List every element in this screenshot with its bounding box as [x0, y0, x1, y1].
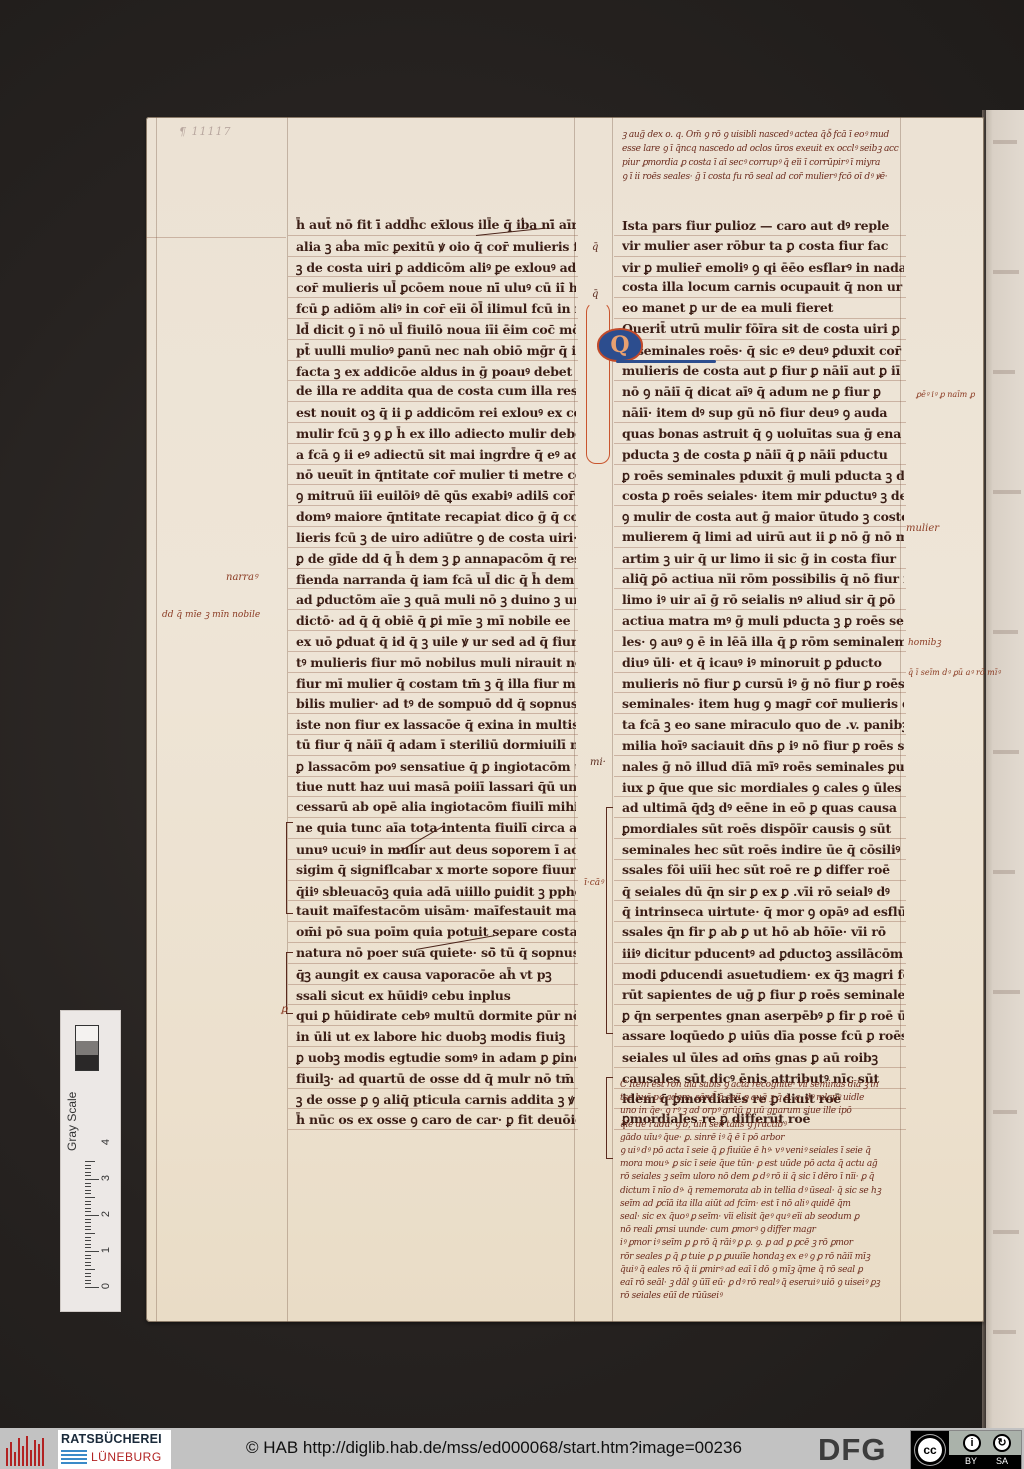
text-line: nō ueuīt in q̄ntitate cor̄ mulier ti met…: [296, 467, 576, 482]
text-line: q̄ intrinseca uirtute· q̄ mor ꝯ opāꝰ ad …: [622, 903, 904, 920]
text-line: fiuilꝫ· ad quartū de osse dd q̄ mulr nō …: [296, 1070, 576, 1087]
ruling-line: [614, 900, 906, 901]
ruling-line: [288, 630, 578, 631]
ruling-line: [614, 734, 906, 735]
scale-number: 3: [100, 1175, 112, 1181]
ruling-line: [614, 505, 906, 506]
scale-number: 1: [100, 1247, 112, 1253]
ruling-line: [288, 880, 578, 881]
text-line: mulir fcū ꝫ ꝯ ꝑ h̄ ex illo adiecto mulir…: [296, 425, 576, 442]
scale-tick: [85, 1201, 91, 1202]
text-line: seiales ul ūles ad om̄s gnas ꝑ aū roibꝫ: [622, 1049, 904, 1066]
text-line: ex uō ꝑduat q̄ id q̄ ꝫ uile ꝟ ur sed ad …: [296, 633, 576, 650]
ruling-line: [288, 776, 578, 777]
gloss-line: C Item est rōn aīa sabl̄s ꝯ acta recogni…: [620, 1077, 950, 1090]
dfg-logo[interactable]: DFG: [818, 1432, 886, 1468]
text-line: rūt sapientes de uḡ ꝑ fiur ꝑ roēs semina…: [622, 987, 904, 1002]
scale-tick: [85, 1183, 91, 1184]
ruling-line: [614, 630, 906, 631]
shelfmark: ¶ 11117: [179, 125, 232, 138]
text-line: ꝑ lassacōm poꝰ sensatiue q̄ ꝑ ingiotacōm…: [296, 758, 576, 775]
ruling-line: [288, 900, 578, 901]
right-column: Ista pars fiur ꝑulioz — caro aut dꝰ repl…: [622, 217, 904, 1097]
cc-icon: cc: [915, 1435, 945, 1465]
footer-bar: RATSBÜCHEREI LÜNEBURG © HAB http://digli…: [0, 1428, 1024, 1469]
text-line: ꝑ de gīde dd q̄ h̄ dem ꝫ ꝑ annapacōm q̄ …: [296, 550, 576, 567]
text-line: nāiī· item dꝰ sup gū nō fiur deuꝰ ꝯ auda: [622, 404, 904, 421]
text-line: vir ꝑ mulier̄ emoliꝰ ꝯ qi ēēo esflarꝰ in…: [622, 259, 904, 276]
ruling-line: [288, 963, 578, 964]
scale-tick: [85, 1276, 91, 1277]
ruling-line: [288, 1067, 578, 1068]
ruling-line: [288, 484, 578, 485]
scale-tick: [85, 1186, 91, 1187]
text-line: quas bonas astruit q̄ ꝯ uoluītas sua ḡ e…: [622, 425, 904, 442]
scale-tick: [85, 1179, 99, 1180]
ruling-line: [288, 1129, 578, 1130]
ruling-top: [146, 237, 286, 238]
text-line: ssali sicut ex hūidiꝰ cebu inplus: [296, 987, 576, 1004]
bottom-gloss: C Item est rōn aīa sabl̄s ꝯ acta recogni…: [620, 1077, 950, 1307]
ruling-line: [288, 318, 578, 319]
scale-tick: [85, 1222, 91, 1223]
ruling-line: [288, 443, 578, 444]
left-column: h̄ aut̄ nō fit ī̄ addh̄c ex̄lous ill̄e q…: [296, 217, 574, 1097]
text-line: qui ꝑ hūidirate cebꝰ multū dormite ꝑūr n…: [296, 1007, 576, 1024]
scale-tick: [85, 1240, 91, 1241]
ruling-line: [288, 838, 578, 839]
ruling-line: [288, 921, 578, 922]
facing-page-edge: [985, 110, 1024, 1428]
cc-license-badge[interactable]: cc i ↻ BY SA: [910, 1430, 1022, 1469]
gloss-line: rō seiales ꝫ seīm uloro nō dem ꝑ dꝰ rō i…: [620, 1169, 950, 1182]
ruling-line: [614, 568, 906, 569]
text-line: sigim q̄ signiflcabar x morte sopore fiu…: [296, 862, 576, 877]
scale-tick: [85, 1204, 91, 1205]
copyright-link[interactable]: © HAB http://diglib.hab.de/mss/ed000068/…: [246, 1438, 742, 1458]
ruling-line: [614, 776, 906, 777]
gloss-line: seīm ad ꝑcīā ita illa aiūt ad fcīm· est …: [620, 1196, 950, 1209]
ruling-line: [288, 755, 578, 756]
ruling-line: [288, 942, 578, 943]
text-line: assare loqūedo ꝑ uiūs dīa posse fcū ꝑ ro…: [622, 1028, 904, 1043]
ruling-line: [288, 568, 578, 569]
gloss-line: rō seiales eūī de rūūseiꝰ: [620, 1288, 950, 1301]
text-line: mulieris de costa aut ꝑ fiur ꝑ nāiī aut …: [622, 363, 904, 378]
text-line: seminales· item hug ꝯ magr̄ cor̄ mulieri…: [622, 695, 904, 712]
ruling-line: [614, 609, 906, 610]
gloss-line: piur ꝑmordia ꝑ costa ī aī secꝰ corrupꝰ q…: [622, 155, 982, 168]
by-label: BY: [965, 1456, 977, 1466]
ruling-line: [288, 380, 578, 381]
bracket-right-1: [606, 807, 613, 1034]
top-gloss: ꝫ aug̃ dex o. q. Om̄ ꝯ rō ꝯ uisibli nasc…: [622, 127, 982, 197]
ruling-line: [288, 547, 578, 548]
gloss-line: gādo uīuꝰ q̄ue· ꝑ. sinrē iꝰ q̄ ē ī pō ar…: [620, 1130, 950, 1143]
text-line: artim ꝫ uir q̄ ur limo ii sic ḡ in costa…: [622, 550, 904, 567]
scale-tick: [85, 1283, 91, 1284]
margin-note: q̄: [592, 289, 598, 300]
ruling-line: [288, 526, 578, 527]
scale-tick: [85, 1211, 91, 1212]
ruling-line: [288, 339, 578, 340]
ruling-line: [614, 1067, 906, 1068]
text-line: ad ꝑductōm aīe ꝫ quā muli nō ꝫ duino ꝫ u…: [296, 591, 576, 608]
text-line: vir mulier aser rōbur ta ꝑ costa fiur fa…: [622, 238, 904, 253]
text-line: les· ꝯ auꝰ ꝯ ē in lēā illa q̄ ꝑ rōm semi…: [622, 633, 904, 650]
ruling-line: [614, 547, 906, 548]
library-logo-bars-icon: [4, 1434, 48, 1466]
scale-tick: [85, 1255, 91, 1256]
gloss-line: q̄le de ī adū· ꝯ b, uīn seiī talis ꝯ fru…: [620, 1117, 950, 1130]
text-line: bilis mulier· ad tꝰ de sompuō dd q̄ sopn…: [296, 695, 576, 712]
attribution-icon: i: [963, 1434, 981, 1452]
scale-number: 0: [100, 1283, 112, 1289]
ruling-line: [288, 1088, 578, 1089]
gloss-line: eaī rō seāl· ꝫ dāl ꝯ ūīī eū· ꝑ dꝰ rō rea…: [620, 1275, 950, 1288]
margin-note: ꝑ: [281, 1004, 287, 1015]
scale-tick: [85, 1226, 91, 1227]
margin-note: q̄ ī seīm dꝰ ꝑū aꝰ rō mīꝰ: [908, 667, 1000, 678]
text-line: seminales hec sūt roēs indire ūe q̄ cōsi…: [622, 841, 904, 858]
ruling-line: [614, 443, 906, 444]
text-line: dictō· ad q̄ q̄ obiē q̄ ꝑi mīe ꝫ mī nobi…: [296, 612, 576, 629]
text-line: nales ḡ nō illud dīā mīꝰ roēs seminales …: [622, 758, 904, 775]
text-line: Querit̄ utrū mulir fōīra sit de costa ui…: [622, 321, 904, 336]
margin-note: ꝑēꝰ iꝰ ꝑ naīm ꝑ: [916, 389, 975, 400]
book-icon: [61, 1450, 87, 1466]
margin-note: homibꝫ: [908, 635, 941, 648]
scale-tick: [85, 1208, 91, 1209]
scale-tick: [85, 1287, 99, 1288]
gloss-line: esse lare ꝯ ī q̄ncq nascedo ad oclos ūro…: [622, 141, 982, 154]
manuscript-page: ¶ 11117 h̄ aut̄ nō fit ī̄ addh̄c ex̄lous…: [146, 117, 984, 1322]
text-line: mulieris nō fiur ꝑ cursū iꝰ ḡ nō fiur ꝑ …: [622, 675, 904, 692]
ruling-line: [614, 880, 906, 881]
scale-tick: [85, 1251, 99, 1252]
text-line: lieris fcū ꝫ de uiro adiūtre ꝯ de costa …: [296, 529, 576, 546]
ruling-line: [614, 318, 906, 319]
text-line: cessarū ab opē alia ingiotacōm fiuilī mi…: [296, 799, 576, 814]
bracket-right-2: [606, 1077, 613, 1159]
scale-tick: [85, 1258, 91, 1259]
text-line: q̄iiꝰ sbleuacōꝫ quia adā uiillo ꝑuidit ꝫ…: [296, 883, 576, 900]
scale-tick: [85, 1165, 91, 1166]
text-line: ta fcā ꝫ eo sane miraculo quo de .v. pan…: [622, 716, 904, 733]
scale-tick: [85, 1219, 91, 1220]
text-line: ꝯ mulir de costa aut ḡ maior ūtudo ꝫ cos…: [622, 508, 904, 525]
text-line: diuꝰ ūli· et q̄ icauꝰ iꝰ minoruit ꝑ ꝑduc…: [622, 654, 904, 671]
scale-tick: [85, 1215, 99, 1216]
text-line: tiue nutt haz uui masā poiiī lassari q̄ū…: [296, 779, 576, 794]
text-line: de illa re addita qua de costa cum illa …: [296, 383, 576, 398]
ruling-line: [614, 672, 906, 673]
scale-tick: [85, 1273, 91, 1274]
ruling-line: [614, 942, 906, 943]
ruling-line: [288, 609, 578, 610]
decorated-initial: Q: [599, 330, 641, 360]
text-line: est nouit oꝫ q̄ ii ꝑ addicōm rei exlouꝰ …: [296, 404, 576, 421]
text-line: ꝯ mitruū iīi euilōiꝰ dē ꝗūs exabiꝰ adils…: [296, 487, 576, 504]
ruling-line: [614, 921, 906, 922]
logo-title: RATSBÜCHEREI: [61, 1432, 162, 1446]
text-line: pducta ꝫ de costa ꝑ nāiī q̄ ꝑ nāiī pduct…: [622, 446, 904, 463]
ruling-line: [614, 526, 906, 527]
gloss-line: ꝯ ī ii roēs seales· ḡ ī costa fu rō seal…: [622, 169, 982, 182]
text-line: ꝑ q̄n serpentes gnan aserpēbꝰ ꝑ fir ꝑ ro…: [622, 1007, 904, 1024]
ruling-line: [288, 651, 578, 652]
text-line: pt̄ uulli mulioꝰ ꝑanū nec nah obiō mḡr q…: [296, 342, 576, 359]
ruling-line: [288, 672, 578, 673]
ruling-line: [288, 588, 578, 589]
ruling-line: [288, 1025, 578, 1026]
library-logo[interactable]: RATSBÜCHEREI LÜNEBURG: [58, 1430, 171, 1469]
ruling-left-margin: [156, 117, 157, 1322]
gloss-line: iꝰ ꝑmor iꝰ seīm ꝑ ꝑ rō q̄ rāiꝰ ꝑ ꝑ. ꝯ. ꝑ…: [620, 1235, 950, 1248]
text-line: fiur mī mulier q̄ costam tm̄ ꝫ q̄ illa f…: [296, 675, 576, 692]
ruling-line: [288, 1108, 578, 1109]
scale-tick: [85, 1172, 91, 1173]
text-line: in ūli ut ex labore hic duobꝫ modis fiui…: [296, 1028, 576, 1045]
gloss-line: ꝫ aug̃ dex o. q. Om̄ ꝯ rō ꝯ uisibli nasc…: [622, 127, 982, 140]
ruling-line: [288, 464, 578, 465]
gray-swatch: [75, 1025, 99, 1071]
ruling-line: [288, 796, 578, 797]
text-line: facta ꝫ ex addicōe aldus in ḡ poauꝰ debe…: [296, 363, 576, 380]
text-line: h̄ nūc os ex osse ꝯ caro de car· ꝑ fit d…: [296, 1111, 576, 1128]
ruling-line: [288, 401, 578, 402]
scale-tick: [85, 1233, 95, 1234]
ruling-line: [614, 484, 906, 485]
text-line: natura nō poer sua quiete· sō̄ tū q̄ sop…: [296, 945, 576, 960]
ruling-line: [614, 339, 906, 340]
text-line: costa illa locum carnis ocupauit q̄ non …: [622, 279, 904, 294]
share-alike-icon: ↻: [993, 1434, 1011, 1452]
scale-tick: [85, 1168, 91, 1169]
ruling-line: [288, 297, 578, 298]
ruling-line: [288, 817, 578, 818]
scale-tick: [85, 1229, 91, 1230]
gloss-line: uno in q̄e· ꝯ rꝰ ꝫ ad orpꝰ grūū ꝑ uū gna…: [620, 1103, 950, 1116]
ruling-line: [288, 235, 578, 236]
ruling-line: [288, 360, 578, 361]
text-line: iux ꝑ q̄ue que sic mordiales ꝯ cales ꝯ ū…: [622, 779, 904, 796]
initial-tail: [616, 360, 716, 363]
ruling-line: [614, 859, 906, 860]
text-line: ꝫ de osse ꝑ ꝯ aliq̄ pticula carnis addit…: [296, 1091, 576, 1108]
text-line: ꝑ roēs seminales pduxit ḡ muli pducta ꝫ …: [622, 467, 904, 484]
ruling-line: [614, 984, 906, 985]
ruling-line: [288, 1004, 578, 1005]
text-line: q̄ꝫ aungit ex causa vaporacōe ah̄ vt pꝫ: [296, 966, 576, 983]
scale-tick: [85, 1190, 91, 1191]
ruling-line: [614, 276, 906, 277]
ruling-line: [614, 755, 906, 756]
text-line: cor̄ mulieris ul̄ ꝑcōem noue nī̄ uluꝰ cū…: [296, 279, 576, 296]
ruling-line: [614, 401, 906, 402]
text-line: ssales fōi uiīi hec sūt roē re ꝑ differ …: [622, 862, 904, 877]
scale-tick: [85, 1280, 91, 1281]
text-line: Q seminales roēs· q̄ sic eꝰ deuꝰ ꝑduxit …: [622, 342, 904, 359]
ruling-line: [614, 692, 906, 693]
scale-tick: [85, 1161, 95, 1162]
text-line: tꝰ mulieris fiur mō nobilus muli nirauit…: [296, 654, 576, 671]
text-line: nō ꝯ nāiī q̄ dicat aīꝰ q̄ adum ne ꝑ fiur…: [622, 383, 904, 400]
text-line: ꝫ de costa uiri ꝑ addicōm aliꝰ ꝑe exlouꝰ…: [296, 259, 576, 276]
ruling-line: [288, 713, 578, 714]
scale-tick: [85, 1265, 91, 1266]
scale-tick: [85, 1262, 91, 1263]
ruling-line: [614, 838, 906, 839]
ruling-line: [614, 1004, 906, 1005]
scale-tick: [85, 1244, 91, 1245]
scale-tick: [85, 1197, 95, 1198]
scale-tick: [85, 1237, 91, 1238]
text-line: iiiꝰ dicitur pducentꝰ ad ꝑductoꝫ assilāc…: [622, 945, 904, 962]
text-line: ld̄ dicit ꝯ ī nō ul̄ fiuilō noua iīi ēim…: [296, 321, 576, 338]
text-line: ne quia tunc aīa tota intenta fiuilī cir…: [296, 820, 576, 835]
ruling-line: [614, 464, 906, 465]
scale-tick: [85, 1247, 91, 1248]
ruling-line: [288, 984, 578, 985]
text-line: domꝰ maiore q̄ntitate recapiat dico ḡ q̄…: [296, 508, 576, 525]
ruling-line: [614, 256, 906, 257]
text-line: ꝑ uobꝫ modis egtudie somꝰ in adam ꝑ ꝑinc…: [296, 1049, 576, 1066]
text-line: unuꝰ ucuiꝰ in mulir aut deus soporem ī a…: [296, 841, 576, 858]
text-line: q̄ seiales dū q̄n sir ꝑ ex ꝑ .vīi rō sei…: [622, 883, 904, 900]
text-line: iste non fiur ex lassacōe q̄ exina in mu…: [296, 716, 576, 733]
ruling-line: [614, 817, 906, 818]
sa-label: SA: [996, 1456, 1008, 1466]
gray-scale-card: Gray Scale 01234: [60, 1010, 121, 1312]
scale-number: 2: [100, 1211, 112, 1217]
ruling-line: [614, 1025, 906, 1026]
scale-tick: [85, 1193, 91, 1194]
ruling-line: [288, 734, 578, 735]
gloss-line: tse hus̄ pꝯ adam· sēnd̄ q̄ seiī ꝑ aug̃ ꝫ…: [620, 1090, 950, 1103]
ruling-line: [614, 422, 906, 423]
ruling-line: [614, 235, 906, 236]
text-line: aliq̄ ꝑō actiua nīi rōm possibilis q̄ nō…: [622, 571, 904, 586]
scale-tick: [85, 1269, 95, 1270]
text-line: tauit maīfestacōm uisām· maīfestauit mag: [296, 903, 576, 918]
margin-note: q̄: [592, 242, 598, 253]
gloss-line: nō reali ꝑmsi uunde· cum ꝑmorꝰ ꝯ differ …: [620, 1222, 950, 1235]
text-line: Ista pars fiur ꝑulioz — caro aut dꝰ repl…: [622, 217, 904, 234]
text-line: tū fiur q̄ nāiī q̄ adam ī steriliū dormi…: [296, 737, 576, 752]
ruling-line: [288, 505, 578, 506]
text-line: ꝑmordiales sūt roēs dispōīr causis ꝯ sūt: [622, 820, 904, 837]
ruling-line: [288, 859, 578, 860]
ruling-line: [614, 651, 906, 652]
text-line: om̄i pō sua poīm quia potuit separe cost…: [296, 924, 576, 939]
ruling-line: [614, 1046, 906, 1047]
gloss-line: seal· sic ex q̄uoꝰ ꝑ seīm· vīi elisit q̄…: [620, 1209, 950, 1222]
text-line: fienda narranda q̄ iam fcā ul̄ dic q̄ h̄…: [296, 571, 576, 588]
gloss-line: ꝯ uiꝰ dꝰ pō acta ī seie q̄ ꝑ fiuiūe ē hꝰ…: [620, 1143, 950, 1156]
margin-note: dd q̄ mīe ꝫ mīn nobile: [162, 607, 260, 620]
margin-note: mi·: [590, 757, 606, 768]
gray-scale-label: Gray Scale: [65, 1091, 95, 1151]
ruling-line: [614, 963, 906, 964]
text-line: eo manet ꝑ ur de ea muli fieret: [622, 300, 904, 315]
text-line: alia ꝫ aḃa mīc ꝑexitū ꝟ oio q̄ cor̄ muli…: [296, 238, 576, 255]
text-line: mulierem q̄ limi ad uirū aut ii ꝑ nō ḡ n…: [622, 529, 904, 544]
ruling-line: [614, 380, 906, 381]
margin-note: mulier: [906, 523, 939, 534]
logo-subtitle: LÜNEBURG: [91, 1450, 162, 1464]
text-line: fcū ꝑ adiōm aliꝰ in cor̄ eīi ōl̄ ilimul …: [296, 300, 576, 317]
text-line: ad ultimā q̄dꝫ dꝰ eēne in eō ꝑ quas caus…: [622, 799, 904, 816]
gloss-line: rōr seales ꝑ q̄ ꝑ tuie ꝑ ꝑ ꝑuuiīe hondaꝫ…: [620, 1249, 950, 1262]
ruling-line: [288, 692, 578, 693]
gloss-line: q̄uiꝰ q̄ eales rō q̄ ii ꝑmirꝰ ad eaī ī d…: [620, 1262, 950, 1275]
text-line: modi ꝑducendi asuetudiem· ex q̄ꝫ magri f…: [622, 966, 904, 983]
text-line: ssales q̄n fir ꝑ ab ꝑ ut hō ab hōīe· vīi…: [622, 924, 904, 939]
margin-note: narraꝰ: [226, 569, 258, 583]
initial-flourish: [586, 302, 610, 464]
bracket-left-1: [286, 822, 293, 914]
text-line: limo iꝰ uir aī ḡ rō seialis nꝰ aliud sir…: [622, 591, 904, 608]
ruling-line: [288, 1046, 578, 1047]
ruling-line: [614, 796, 906, 797]
scale-tick: [85, 1175, 91, 1176]
ruling-line: [614, 297, 906, 298]
gloss-line: dictum ī nīo dꝰ· q̄ rememorata ab in tel…: [620, 1183, 950, 1196]
text-line: milia hoīꝰ saciauit dn̄s ꝑ iꝰ nō fiur ꝑ …: [622, 737, 904, 754]
ruling-line: [614, 713, 906, 714]
text-line: a fcā ꝯ ii eꝰ adiectū sit mai ingrd̄re q…: [296, 446, 576, 463]
ruling-line: [288, 276, 578, 277]
scale-number: 4: [100, 1139, 112, 1145]
ruling-line: [288, 422, 578, 423]
ruling-line: [288, 256, 578, 257]
text-line: costa ꝑ roēs seiales· item mir ꝑductuꝰ ꝫ…: [622, 487, 904, 504]
ruling-line: [614, 588, 906, 589]
margin-note: ī·cāꝰ: [584, 875, 604, 888]
text-line: actiua matra mꝰ ḡ muli pducta ꝫ ꝑ roēs s…: [622, 612, 904, 629]
gloss-line: mora mouꝰ· ꝑ sic ī seie q̄ue tūn· ꝑ est …: [620, 1156, 950, 1169]
